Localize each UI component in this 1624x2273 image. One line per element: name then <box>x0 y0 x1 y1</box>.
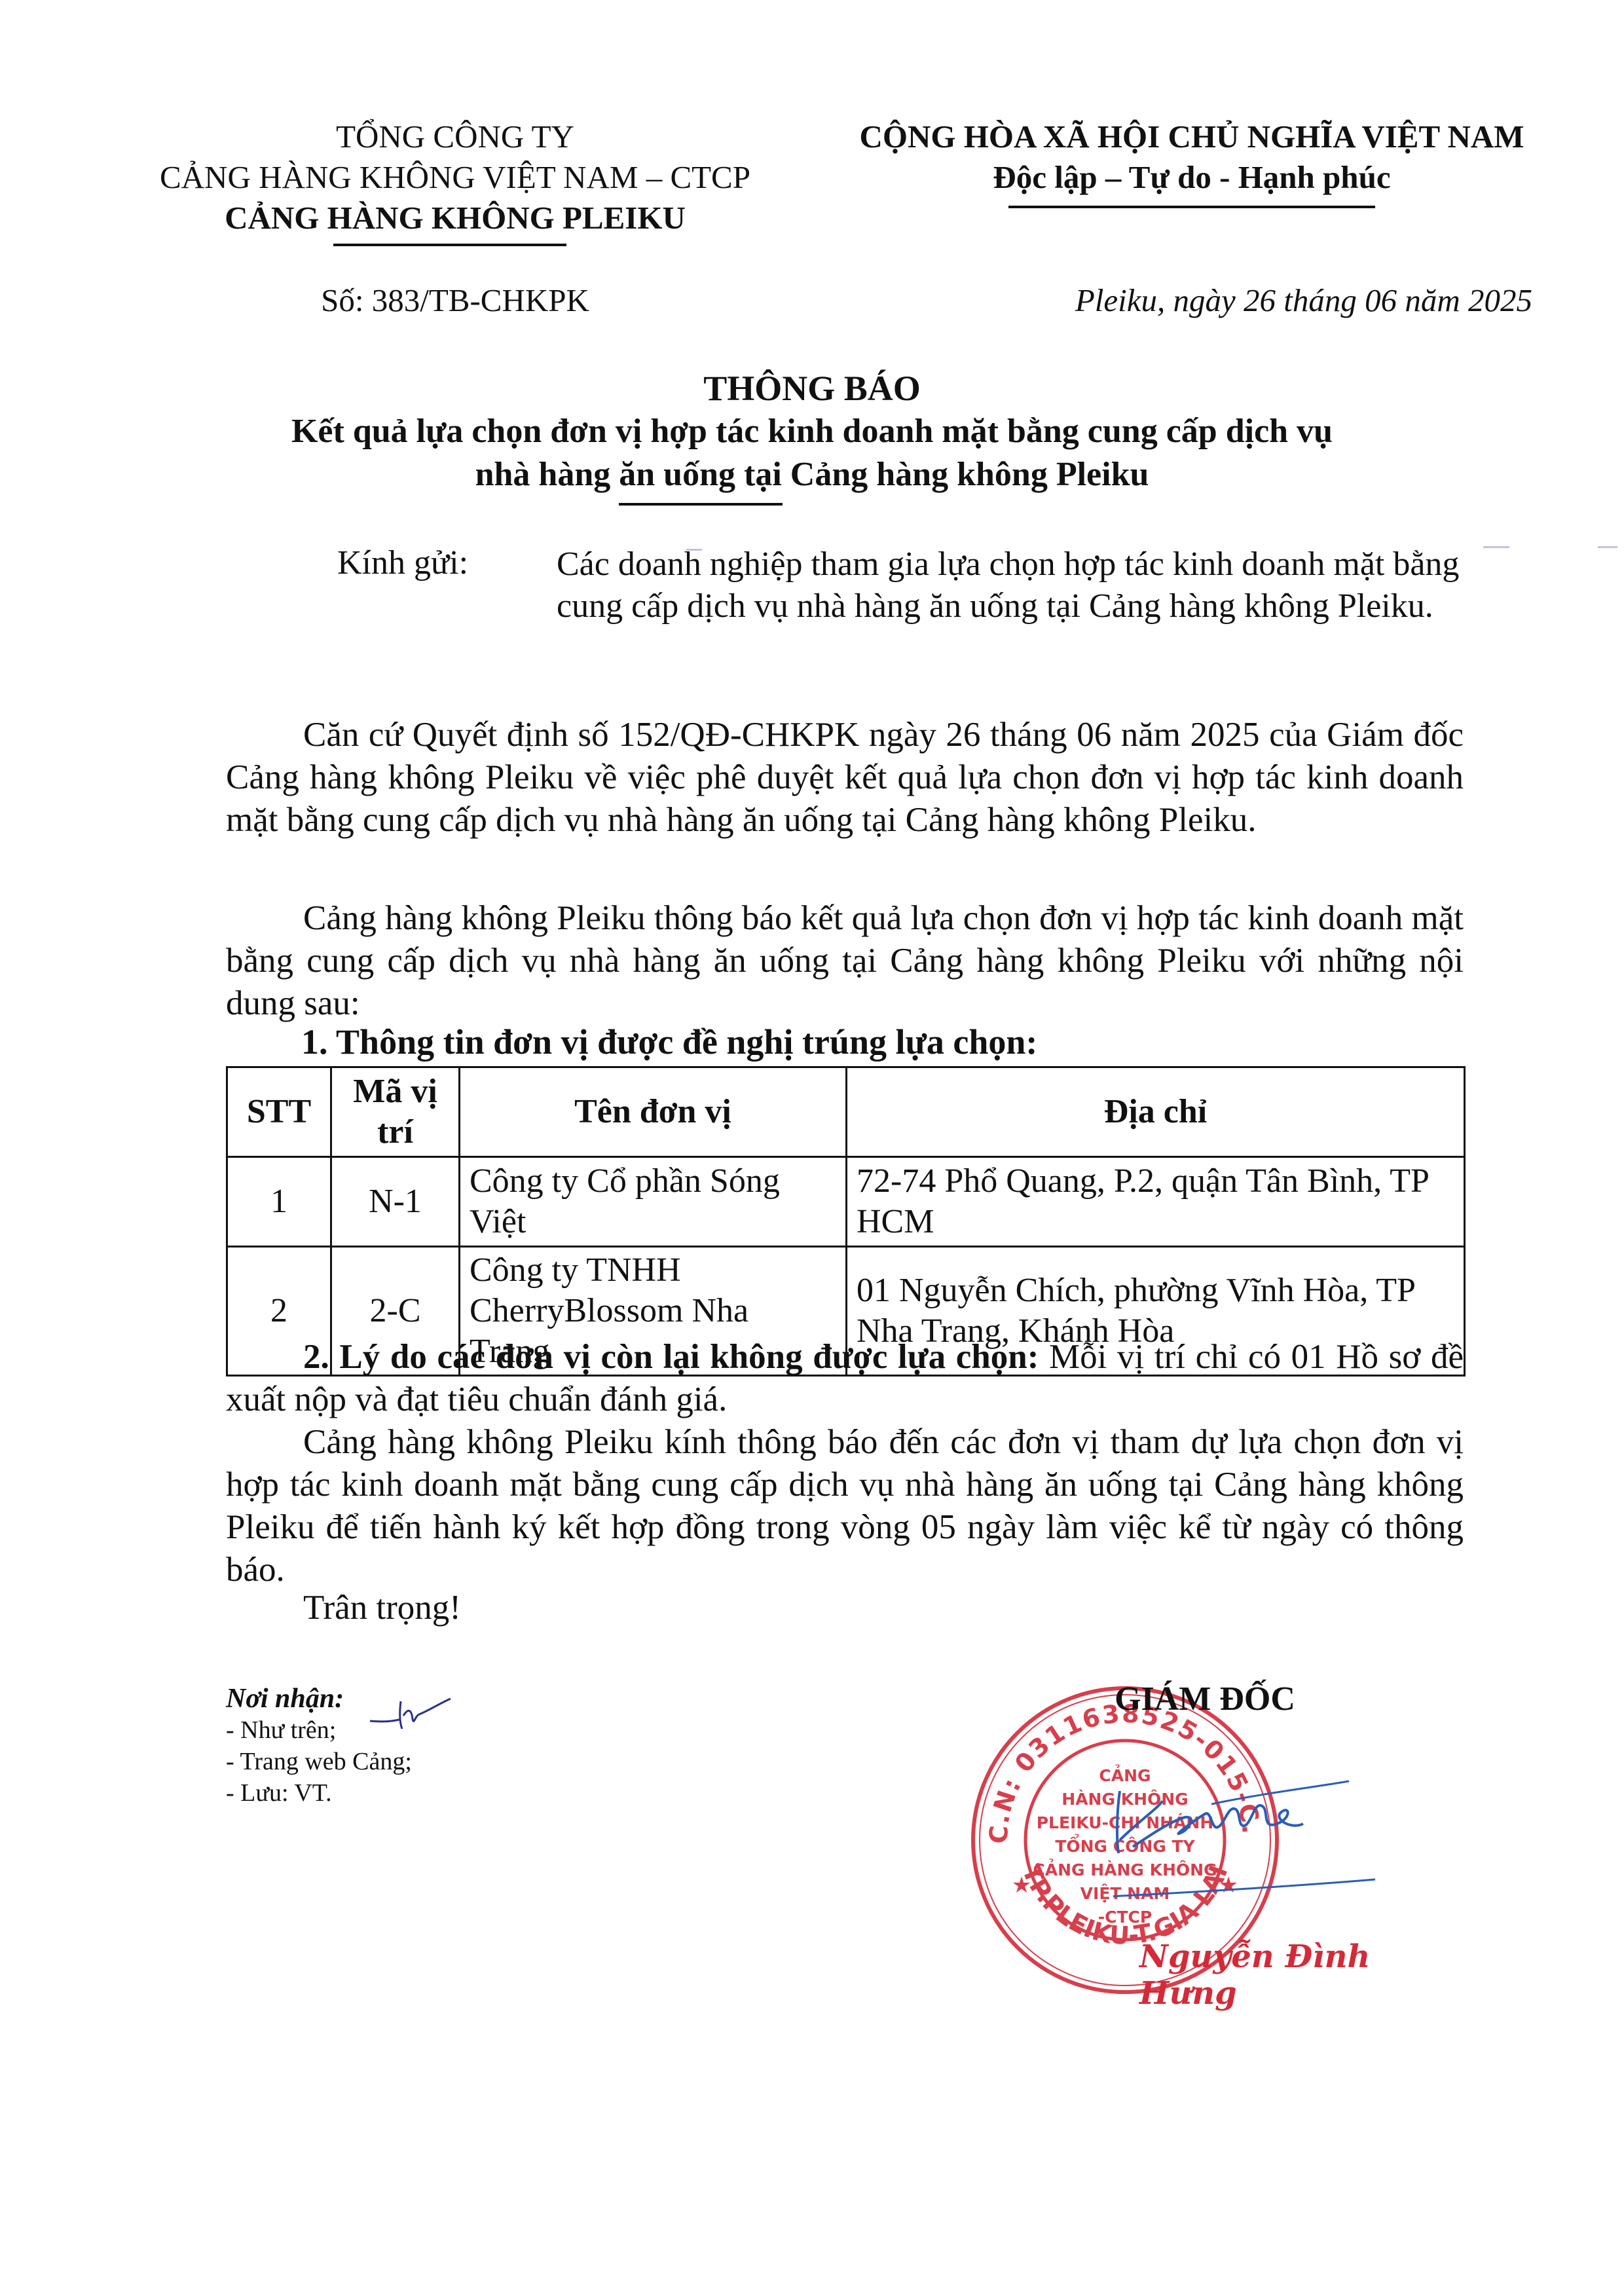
header-stt: STT <box>227 1067 331 1157</box>
svg-text:★: ★ <box>1012 1874 1031 1898</box>
closing: Trân trọng! <box>303 1588 461 1627</box>
section-1-heading: 1. Thông tin đơn vị được đề nghị trúng l… <box>301 1022 1037 1062</box>
motto-underline <box>1008 206 1375 208</box>
section-2-label: 2. Lý do các đơn vị còn lại không được l… <box>303 1338 1039 1376</box>
header-position-code-line2: trí <box>341 1112 449 1153</box>
cell-address: 72-74 Phổ Quang, P.2, quận Tân Bình, TP … <box>847 1157 1465 1247</box>
signatory-title: GIÁM ĐỐC <box>1022 1680 1388 1718</box>
motto: Độc lập – Tự do - Hạnh phúc <box>805 157 1578 198</box>
header-unit-name: Tên đơn vị <box>460 1067 847 1157</box>
document-number: Số: 383/TB-CHKPK <box>98 282 812 319</box>
national-motto: CỘNG HÒA XÃ HỘI CHỦ NGHĨA VIỆT NAM Độc l… <box>805 117 1578 208</box>
scan-artifact <box>686 549 702 551</box>
signatory-name: Nguyễn Đình Hưng <box>1139 1938 1454 2012</box>
paragraph-legal-basis: Căn cứ Quyết định số 152/QĐ-CHKPK ngày 2… <box>226 714 1464 841</box>
scan-artifact <box>1598 546 1617 548</box>
document-type: THÔNG BÁO <box>196 367 1428 410</box>
header-address: Địa chỉ <box>847 1067 1465 1157</box>
table-row: 1 N-1 Công ty Cổ phần Sóng Việt 72-74 Ph… <box>227 1157 1465 1247</box>
org-name: CẢNG HÀNG KHÔNG PLEIKU <box>98 198 812 238</box>
subject-line-1: Kết quả lựa chọn đơn vị hợp tác kinh doa… <box>196 410 1428 453</box>
issuing-organization: TỔNG CÔNG TY CẢNG HÀNG KHÔNG VIỆT NAM – … <box>98 117 812 246</box>
paragraph-section-2: 2. Lý do các đơn vị còn lại không được l… <box>226 1336 1464 1421</box>
org-underline <box>333 244 566 246</box>
subject-line-2: nhà hàng ăn uống tại Cảng hàng không Ple… <box>196 453 1428 496</box>
recipient-text: Các doanh nghiệp tham gia lựa chọn hợp t… <box>557 544 1473 627</box>
recipient-item: - Lưu: VT. <box>226 1777 412 1809</box>
cell-stt: 1 <box>227 1157 331 1247</box>
scan-artifact <box>1483 546 1509 548</box>
org-parent-line2: CẢNG HÀNG KHÔNG VIỆT NAM – CTCP <box>98 157 812 198</box>
table-header-row: STT Mã vị trí Tên đơn vị Địa chỉ <box>227 1067 1465 1157</box>
nation-name: CỘNG HÒA XÃ HỘI CHỦ NGHĨA VIỆT NAM <box>805 117 1578 157</box>
header-position-code-line1: Mã vị <box>341 1071 449 1112</box>
header-position-code: Mã vị trí <box>331 1067 460 1157</box>
cell-position-code: N-1 <box>331 1157 460 1247</box>
selected-units-table: STT Mã vị trí Tên đơn vị Địa chỉ 1 N-1 C… <box>226 1066 1466 1377</box>
handwritten-signature-icon <box>1113 1768 1388 1925</box>
paragraph-contract-notice: Cảng hàng không Pleiku kính thông báo đế… <box>226 1421 1464 1591</box>
recipient-label: Kính gửi: <box>337 544 468 582</box>
place-date: Pleiku, ngày 26 tháng 06 năm 2025 <box>805 282 1532 319</box>
title-underline <box>619 503 783 506</box>
paragraph-announcement: Cảng hàng không Pleiku thông báo kết quả… <box>226 897 1464 1025</box>
recipient-item: - Trang web Cảng; <box>226 1746 412 1777</box>
org-parent-line1: TỔNG CÔNG TY <box>98 117 812 157</box>
initials-mark-icon <box>367 1690 452 1735</box>
document-title: THÔNG BÁO Kết quả lựa chọn đơn vị hợp tá… <box>196 367 1428 506</box>
cell-unit-name: Công ty Cổ phần Sóng Việt <box>460 1157 847 1247</box>
